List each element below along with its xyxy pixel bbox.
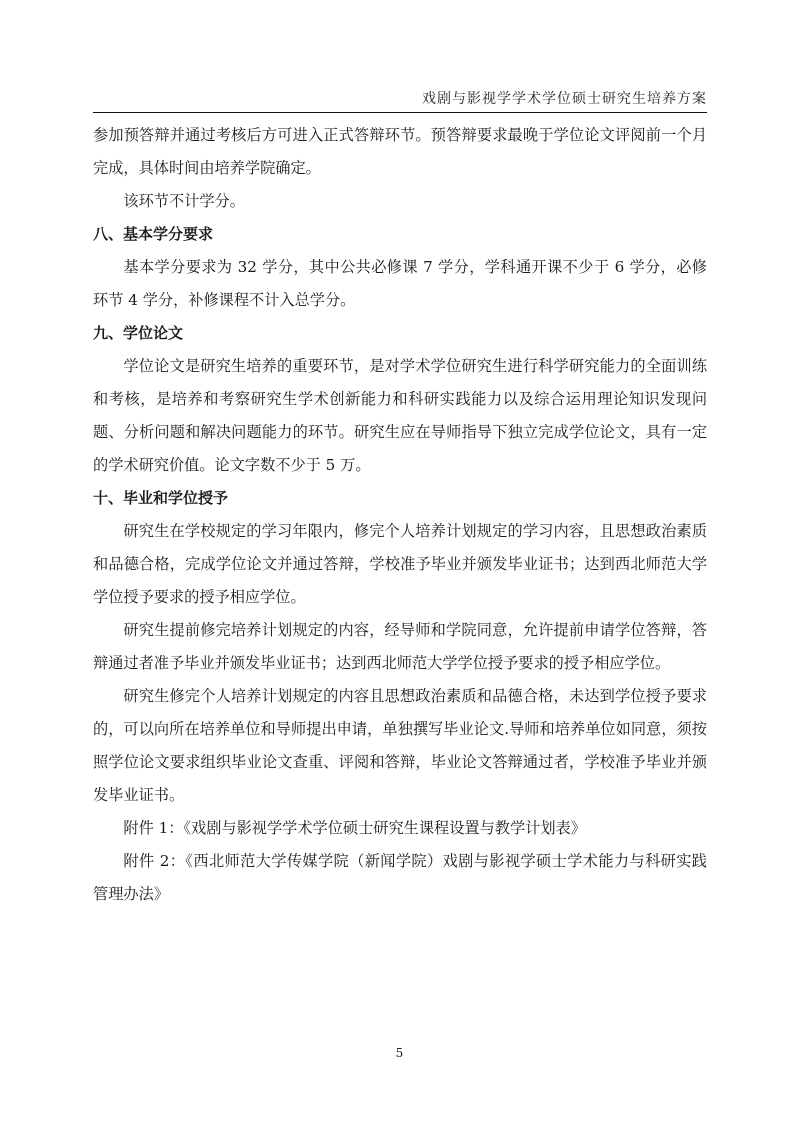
running-header: 戏剧与影视学学术学位硕士研究生培养方案 <box>93 88 707 108</box>
page-number: 5 <box>0 1046 799 1060</box>
paragraph: 该环节不计学分。 <box>93 185 707 218</box>
section-heading-graduation-degree: 十、毕业和学位授予 <box>93 482 707 515</box>
paragraph: 基本学分要求为 32 学分，其中公共必修课 7 学分，学科通开课不少于 6 学分… <box>93 251 707 317</box>
paragraph: 研究生修完个人培养计划规定的内容且思想政治素质和品德合格，未达到学位授予要求的，… <box>93 680 707 812</box>
header-rule <box>93 112 707 113</box>
section-heading-thesis: 九、学位论文 <box>93 317 707 350</box>
paragraph: 研究生在学校规定的学习年限内，修完个人培养计划规定的学习内容，且思想政治素质和品… <box>93 515 707 614</box>
paragraph: 参加预答辩并通过考核后方可进入正式答辩环节。预答辩要求最晚于学位论文评阅前一个月… <box>93 119 707 185</box>
attachment-2: 附件 2：《西北师范大学传媒学院（新闻学院）戏剧与影视学硕士学术能力与科研实践管… <box>93 845 707 911</box>
paragraph: 学位论文是研究生培养的重要环节，是对学术学位研究生进行科学研究能力的全面训练和考… <box>93 350 707 482</box>
document-body: 参加预答辩并通过考核后方可进入正式答辩环节。预答辩要求最晚于学位论文评阅前一个月… <box>93 119 707 911</box>
section-heading-basic-credits: 八、基本学分要求 <box>93 218 707 251</box>
attachment-1: 附件 1：《戏剧与影视学学术学位硕士研究生课程设置与教学计划表》 <box>93 812 707 845</box>
paragraph: 研究生提前修完培养计划规定的内容，经导师和学院同意，允许提前申请学位答辩，答辩通… <box>93 614 707 680</box>
